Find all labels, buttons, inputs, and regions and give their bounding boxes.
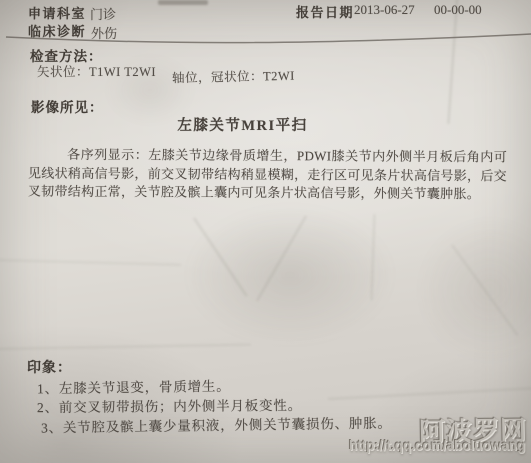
- paper-crease: [451, 244, 518, 336]
- report-date-value: 2013-06-27: [354, 2, 415, 18]
- method-sagittal: 矢状位：T1WI T2WI: [37, 62, 156, 80]
- dept-value: 门诊: [90, 4, 116, 23]
- paper-crease: [193, 217, 247, 296]
- paper-crumple-shade: [185, 205, 395, 345]
- method-axial-coronal: 轴位，冠状位：T2WI: [172, 66, 295, 87]
- findings-paragraph: 各序列显示：左膝关节边缘骨质增生，PDWI膝关节内外侧半月板后角内可见线状稍高信…: [28, 146, 507, 204]
- clinical-diagnosis-value: 外伤: [91, 23, 117, 42]
- paper-crease: [0, 259, 181, 266]
- cropped-text-remnant: [158, 0, 208, 5]
- paper-crumple-shade: [415, 215, 531, 365]
- paper-crease: [328, 387, 531, 400]
- findings-section-label: 影像所见：: [31, 96, 104, 116]
- medical-report-photo: 申请科室 门诊 报告日期 2013-06-27 00-00-00 临床诊断 外伤…: [0, 0, 531, 463]
- dept-label: 申请科室: [28, 3, 86, 22]
- paper-crease: [447, 0, 458, 124]
- paper-crease: [256, 216, 307, 302]
- paper-crease: [0, 344, 251, 350]
- report-time-value: 00-00-00: [434, 2, 482, 18]
- report-date-label: 报告日期: [296, 2, 354, 21]
- watermark-url: http://t.qq.com/aboluowang: [349, 438, 525, 453]
- paper-crease: [370, 214, 375, 300]
- impression-item-3: 3、关节腔及髌上囊少量积液，外侧关节囊损伤、肿胀。: [41, 412, 392, 437]
- impression-section-label: 印象：: [27, 357, 72, 377]
- clinical-diagnosis-label: 临床诊断: [28, 21, 86, 40]
- exam-title: 左膝关节MRI平扫: [10, 114, 475, 135]
